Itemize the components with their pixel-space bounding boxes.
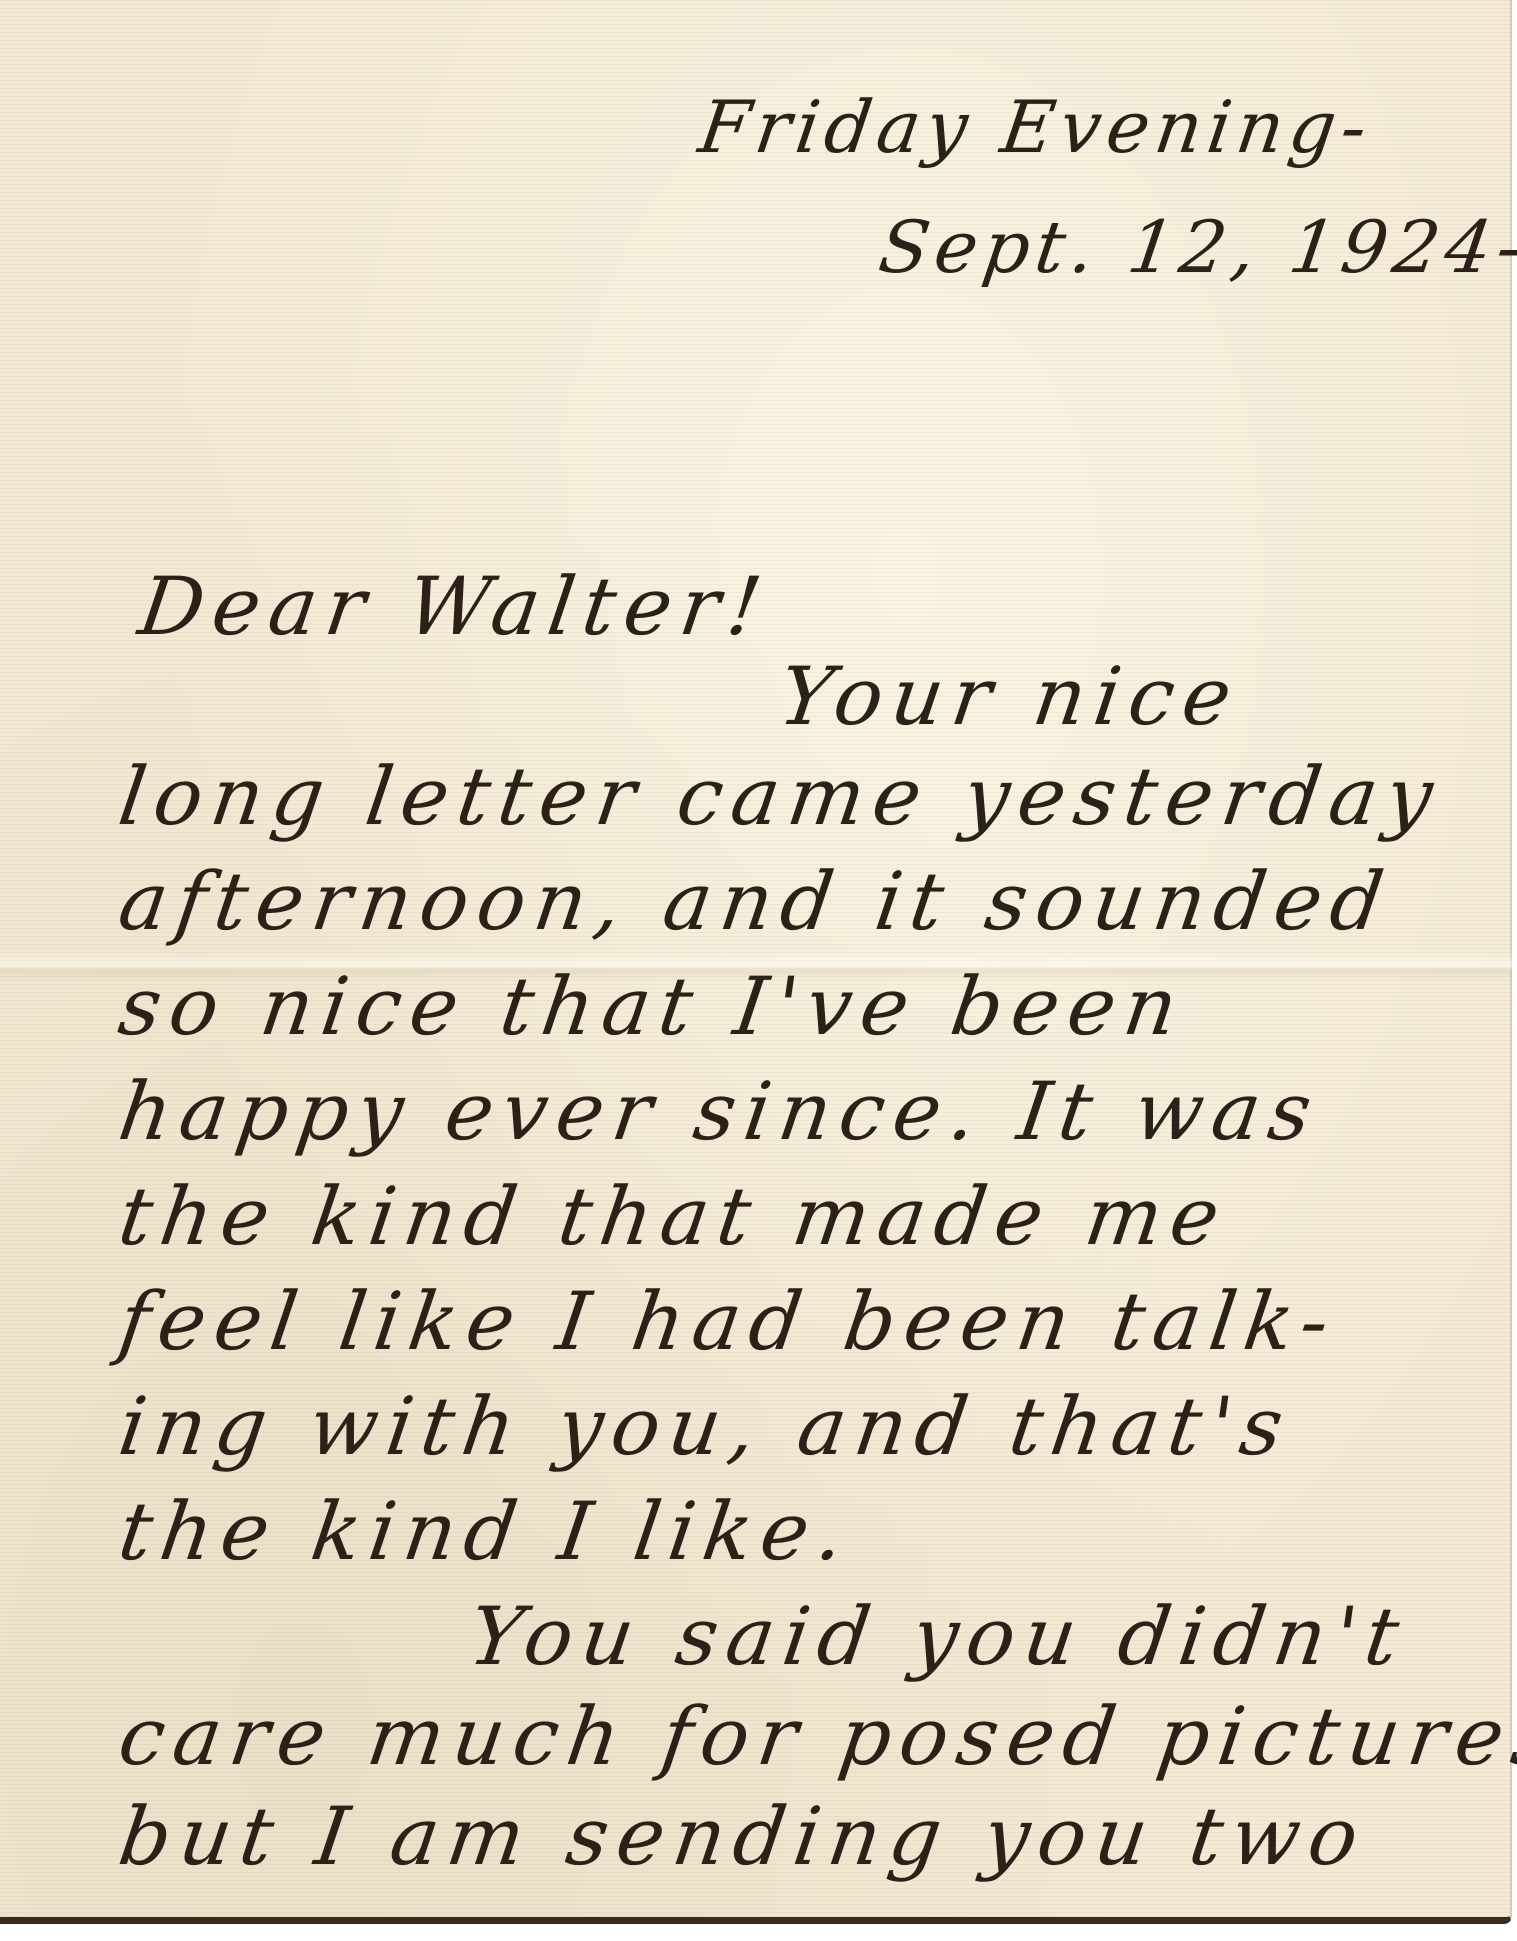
letter-day-line: Friday Evening- <box>694 85 1378 169</box>
letter-body-line: ing with you, and that's <box>113 1380 1297 1473</box>
letter-date-line: Sept. 12, 1924- <box>874 205 1517 289</box>
letter-page: Friday Evening- Sept. 12, 1924- Dear Wal… <box>0 0 1512 1924</box>
letter-body-line: but I am sending you two <box>113 1790 1372 1883</box>
letter-body-line: so nice that I've been <box>113 960 1191 1053</box>
letter-body-line: care much for posed pictures, <box>113 1690 1517 1783</box>
letter-body-line: long letter came yesterday <box>113 750 1447 843</box>
letter-body-line: afternoon, and it sounded <box>113 855 1397 948</box>
letter-body-line: the kind that made me <box>113 1170 1233 1263</box>
letter-body-line: You said you didn't <box>463 1590 1413 1683</box>
letter-body-line: happy ever since. It was <box>113 1065 1325 1158</box>
letter-body-line: feel like I had been talk- <box>113 1275 1343 1368</box>
letter-body-line: the kind I like. <box>113 1485 858 1578</box>
letter-body-line: Your nice <box>773 650 1246 743</box>
letter-salutation: Dear Walter! <box>133 560 775 653</box>
